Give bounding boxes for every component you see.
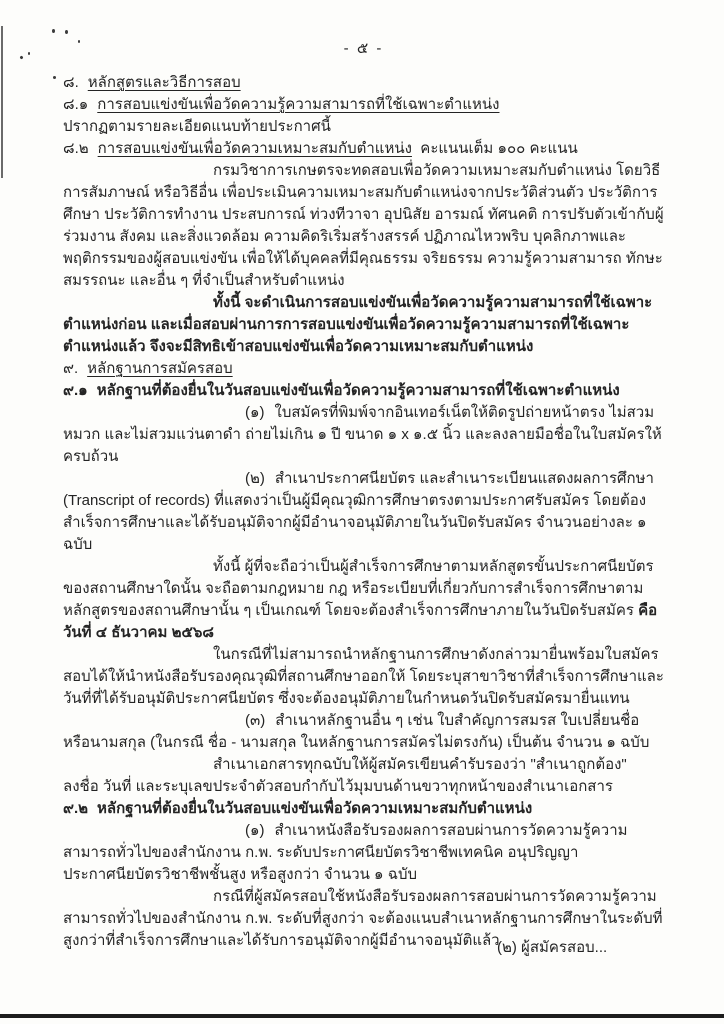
- clause-8-2-heading: ๘.๒การสอบแข่งขันเพื่อวัดความเหมาะสมกับตำ…: [63, 138, 664, 160]
- clause-8-2-title: การสอบแข่งขันเพื่อวัดความเหมาะสมกับตำแหน…: [98, 140, 412, 157]
- scan-speck: [53, 76, 56, 79]
- page-continuation-marker: (๒) ผู้สมัครสอบ...: [497, 935, 607, 959]
- scan-bottom-edge-artifact: [0, 1014, 724, 1018]
- clause-8-2-score: คะแนนเต็ม ๑๐๐ คะแนน: [420, 140, 577, 157]
- section-8-title: หลักสูตรและวิธีการสอบ: [88, 74, 241, 91]
- clause-8-1-number: ๘.๑: [63, 96, 88, 113]
- clause-9-2-heading: ๙.๒หลักฐานที่ต้องยื่นในวันสอบแข่งขันเพื่…: [63, 798, 664, 820]
- item-2-number: (๒): [245, 470, 265, 487]
- section-9-heading: ๙.หลักฐานการสมัครสอบ: [63, 358, 664, 380]
- clause-8-1-heading: ๘.๑การสอบแข่งขันเพื่อวัดความรู้ความสามาร…: [63, 94, 664, 116]
- clause-9-2-item-1: (๑)สำเนาหนังสือรับรองผลการสอบผ่านการวัดค…: [63, 820, 664, 886]
- section-9-number: ๙.: [63, 360, 78, 377]
- scan-speck: [52, 29, 55, 33]
- paragraph-exam-order: ทั้งนี้ จะดำเนินการสอบแข่งขันเพื่อวัดควา…: [63, 292, 664, 358]
- clause-9-1-item-2: (๒)สำเนาประกาศนียบัตร และสำเนาระเบียนแสด…: [63, 468, 664, 556]
- scan-speck: [28, 52, 30, 55]
- item-1-text: ใบสมัครที่พิมพ์จากอินเทอร์เน็ตให้ติดรูปถ…: [63, 404, 662, 465]
- scan-speck: [19, 55, 23, 59]
- scan-speck: [65, 30, 68, 34]
- section-8-number: ๘.: [63, 74, 79, 91]
- paragraph-copy-certification: สำเนาเอกสารทุกฉบับให้ผู้สมัครเขียนคำรับร…: [63, 754, 664, 798]
- clause-9-1-item-3: (๓)สำเนาหลักฐานอื่น ๆ เช่น ใบสำคัญการสมร…: [63, 710, 664, 754]
- paragraph-graduation-criteria: ทั้งนี้ ผู้ที่จะถือว่าเป็นผู้สำเร็จการศึ…: [63, 556, 664, 644]
- item-2-text: สำเนาประกาศนียบัตร และสำเนาระเบียนแสดงผล…: [63, 470, 654, 553]
- page-number: - ๕ -: [63, 38, 664, 60]
- item-3-text: สำเนาหลักฐานอื่น ๆ เช่น ใบสำคัญการสมรส ใ…: [63, 712, 649, 751]
- item-1-number: (๑): [245, 404, 265, 421]
- scanned-document-page: - ๕ - ๘.หลักสูตรและวิธีการสอบ ๘.๑การสอบแ…: [0, 0, 724, 1024]
- clause-9-1-title: หลักฐานที่ต้องยื่นในวันสอบแข่งขันเพื่อวั…: [97, 382, 620, 399]
- graduation-criteria-text: ทั้งนี้ ผู้ที่จะถือว่าเป็นผู้สำเร็จการศึ…: [63, 558, 654, 619]
- item-1-text: สำเนาหนังสือรับรองผลการสอบผ่านการวัดความ…: [63, 822, 628, 883]
- page-content: - ๕ - ๘.หลักสูตรและวิธีการสอบ ๘.๑การสอบแ…: [63, 38, 664, 952]
- clause-9-2-number: ๙.๒: [63, 800, 88, 817]
- section-8-heading: ๘.หลักสูตรและวิธีการสอบ: [63, 72, 664, 94]
- paragraph-certificate-substitute: ในกรณีที่ไม่สามารถนำหลักฐานการศึกษาดังกล…: [63, 644, 664, 710]
- clause-9-1-number: ๙.๑: [63, 382, 88, 399]
- clause-9-1-item-1: (๑)ใบสมัครที่พิมพ์จากอินเทอร์เน็ตให้ติดร…: [63, 402, 664, 468]
- clause-9-2-title: หลักฐานที่ต้องยื่นในวันสอบแข่งขันเพื่อวั…: [97, 800, 532, 817]
- item-3-number: (๓): [245, 712, 265, 729]
- paragraph-interview-method: กรมวิชาการเกษตรจะทดสอบเพื่อวัดความเหมาะส…: [63, 160, 664, 292]
- clause-9-1-heading: ๙.๑หลักฐานที่ต้องยื่นในวันสอบแข่งขันเพื่…: [63, 380, 664, 402]
- clause-8-2-number: ๘.๒: [63, 140, 89, 157]
- item-1-number: (๑): [245, 822, 265, 839]
- clause-8-1-detail: ปรากฏตามรายละเอียดแนบท้ายประกาศนี้: [63, 116, 664, 138]
- clause-8-1-title: การสอบแข่งขันเพื่อวัดความรู้ความสามารถที…: [97, 96, 499, 113]
- scan-left-edge-artifact: [1, 26, 3, 178]
- section-9-title: หลักฐานการสมัครสอบ: [87, 360, 233, 377]
